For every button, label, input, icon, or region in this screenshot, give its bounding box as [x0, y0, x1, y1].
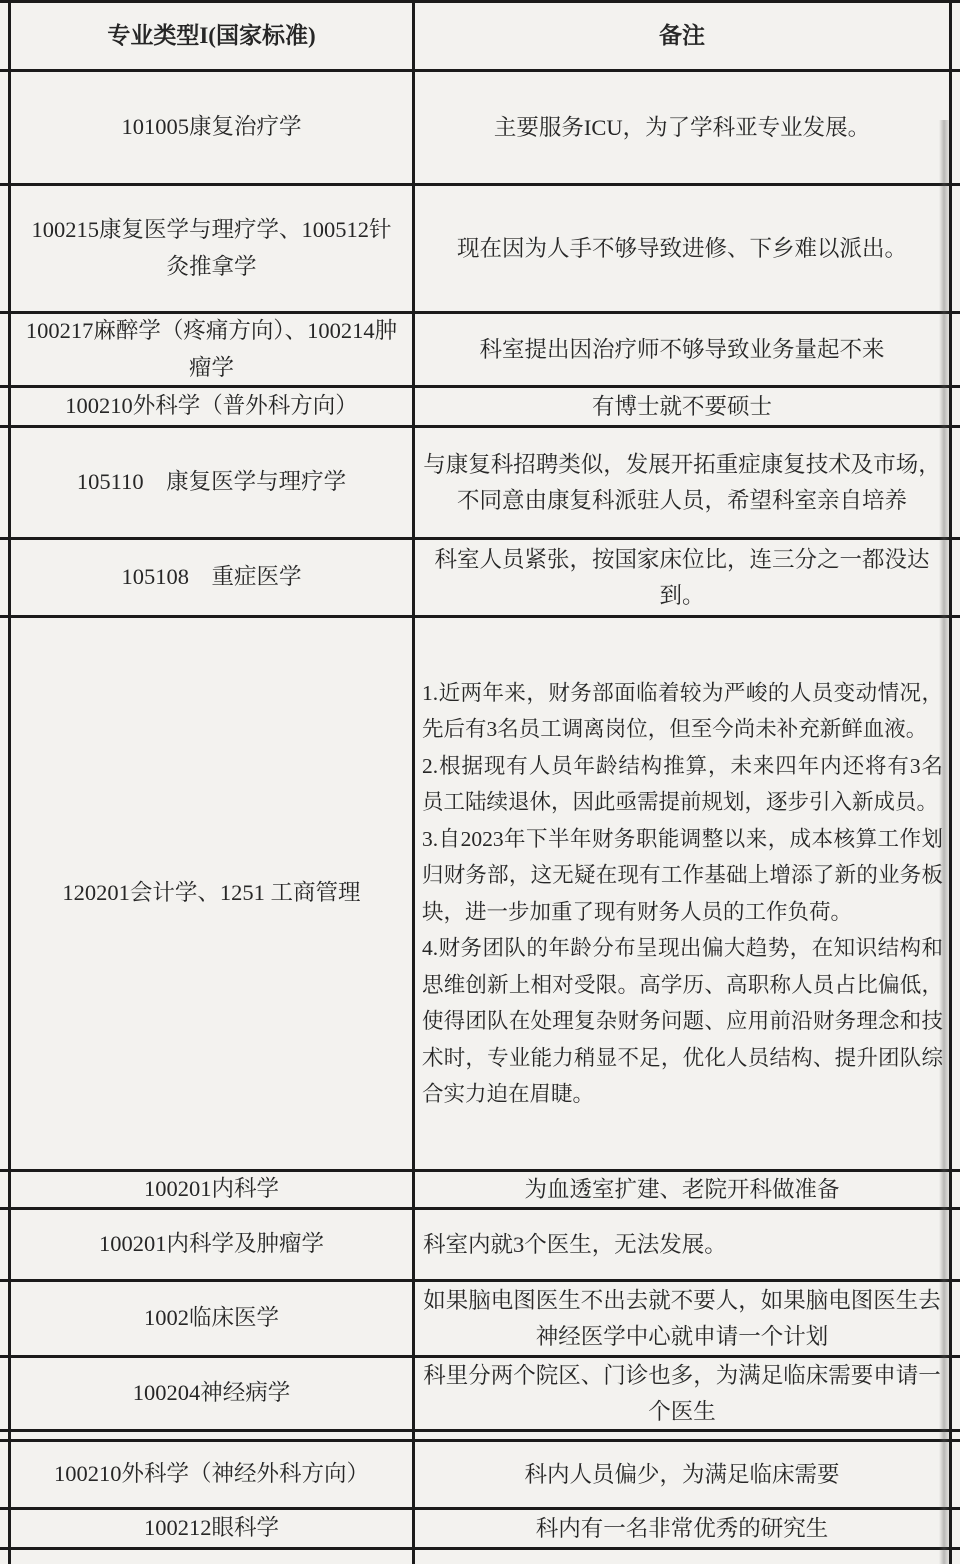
document-table: 专业类型I(国家标准) 备注 101005康复治疗学 主要服务ICU，为了学科亚… [0, 0, 960, 1564]
major-cell: 105110 康复医学与理疗学 [11, 428, 415, 537]
left-edge-strip [0, 3, 11, 69]
table-row: 100215康复医学与理疗学、100512针灸推拿学 现在因为人手不够导致进修、… [0, 186, 960, 314]
left-edge-strip [0, 1172, 11, 1207]
major-cell: 100204神经病学 [11, 1358, 415, 1429]
left-edge-strip [0, 72, 11, 183]
major-cell [11, 1550, 415, 1564]
note-cell: 科内有一名非常优秀的研究生 [415, 1510, 952, 1547]
note-cell [415, 1432, 952, 1439]
right-edge-strip [952, 1172, 960, 1207]
right-edge-strip [952, 388, 960, 425]
spacer-row [0, 1432, 960, 1442]
note-cell: 科室内就3个医生，无法发展。 [415, 1210, 952, 1279]
right-edge-strip [952, 314, 960, 385]
major-cell: 100210外科学（神经外科方向） [11, 1442, 415, 1507]
right-edge-strip [952, 186, 960, 311]
note-cell: 科室人员紧张，按国家床位比，连三分之一都没达到。 [415, 540, 952, 615]
note-cell: 为血透室扩建、老院开科做准备 [415, 1172, 952, 1207]
note-cell: 有博士就不要硕士 [415, 388, 952, 425]
left-edge-strip [0, 618, 11, 1169]
left-edge-strip [0, 1358, 11, 1429]
left-edge-strip [0, 1210, 11, 1279]
major-cell: 100210外科学（普外科方向） [11, 388, 415, 425]
cut-off-row [0, 1550, 960, 1564]
right-edge-strip [952, 72, 960, 183]
left-edge-strip [0, 1550, 11, 1564]
table-row: 105110 康复医学与理疗学 与康复科招聘类似，发展开拓重症康复技术及市场，不… [0, 428, 960, 540]
right-edge-strip [952, 1282, 960, 1355]
table-row: 100210外科学（神经外科方向） 科内人员偏少，为满足临床需要 [0, 1442, 960, 1510]
right-edge-strip [952, 3, 960, 69]
left-edge-strip [0, 428, 11, 537]
right-edge-strip [952, 1358, 960, 1429]
major-cell: 1002临床医学 [11, 1282, 415, 1355]
right-edge-strip [952, 1442, 960, 1507]
table-row: 105108 重症医学 科室人员紧张，按国家床位比，连三分之一都没达到。 [0, 540, 960, 618]
header-note-column: 备注 [415, 3, 952, 69]
table-header-row: 专业类型I(国家标准) 备注 [0, 0, 960, 72]
table-row: 100210外科学（普外科方向） 有博士就不要硕士 [0, 388, 960, 428]
note-cell: 科里分两个院区、门诊也多，为满足临床需要申请一个医生 [415, 1358, 952, 1429]
left-edge-strip [0, 186, 11, 311]
right-edge-strip [952, 428, 960, 537]
major-cell: 100201内科学及肿瘤学 [11, 1210, 415, 1279]
left-edge-strip [0, 388, 11, 425]
header-major-column: 专业类型I(国家标准) [11, 3, 415, 69]
major-cell: 101005康复治疗学 [11, 72, 415, 183]
note-cell: 主要服务ICU，为了学科亚专业发展。 [415, 72, 952, 183]
left-edge-strip [0, 1442, 11, 1507]
right-edge-strip [952, 1510, 960, 1547]
major-cell: 105108 重症医学 [11, 540, 415, 615]
table-row: 101005康复治疗学 主要服务ICU，为了学科亚专业发展。 [0, 72, 960, 186]
note-cell: 科室提出因治疗师不够导致业务量起不来 [415, 314, 952, 385]
right-edge-strip [952, 540, 960, 615]
left-edge-strip [0, 314, 11, 385]
major-cell: 100201内科学 [11, 1172, 415, 1207]
table-row: 100217麻醉学（疼痛方向）、100214肿瘤学 科室提出因治疗师不够导致业务… [0, 314, 960, 388]
left-edge-strip [0, 1282, 11, 1355]
major-cell: 120201会计学、1251 工商管理 [11, 618, 415, 1169]
right-edge-strip [952, 1550, 960, 1564]
left-edge-strip [0, 1510, 11, 1547]
major-cell: 100217麻醉学（疼痛方向）、100214肿瘤学 [11, 314, 415, 385]
right-edge-strip [952, 618, 960, 1169]
table-row: 100201内科学及肿瘤学 科室内就3个医生，无法发展。 [0, 1210, 960, 1282]
note-cell: 科内人员偏少，为满足临床需要 [415, 1442, 952, 1507]
left-edge-strip [0, 1432, 11, 1439]
table-row: 100212眼科学 科内有一名非常优秀的研究生 [0, 1510, 960, 1550]
note-cell: 现在因为人手不够导致进修、下乡难以派出。 [415, 186, 952, 311]
left-edge-strip [0, 540, 11, 615]
right-edge-strip [952, 1210, 960, 1279]
note-cell: 如果脑电图医生不出去就不要人，如果脑电图医生去神经医学中心就申请一个计划 [415, 1282, 952, 1355]
right-edge-strip [952, 1432, 960, 1439]
note-cell: 1.近两年来，财务部面临着较为严峻的人员变动情况，先后有3名员工调离岗位，但至今… [415, 618, 952, 1169]
major-cell [11, 1432, 415, 1439]
major-cell: 100215康复医学与理疗学、100512针灸推拿学 [11, 186, 415, 311]
major-cell: 100212眼科学 [11, 1510, 415, 1547]
table-row: 100204神经病学 科里分两个院区、门诊也多，为满足临床需要申请一个医生 [0, 1358, 960, 1432]
table-row: 120201会计学、1251 工商管理 1.近两年来，财务部面临着较为严峻的人员… [0, 618, 960, 1172]
note-cell: 与康复科招聘类似，发展开拓重症康复技术及市场，不同意由康复科派驻人员，希望科室亲… [415, 428, 952, 537]
table-row: 1002临床医学 如果脑电图医生不出去就不要人，如果脑电图医生去神经医学中心就申… [0, 1282, 960, 1358]
table-row: 100201内科学 为血透室扩建、老院开科做准备 [0, 1172, 960, 1210]
note-cell [415, 1550, 952, 1564]
